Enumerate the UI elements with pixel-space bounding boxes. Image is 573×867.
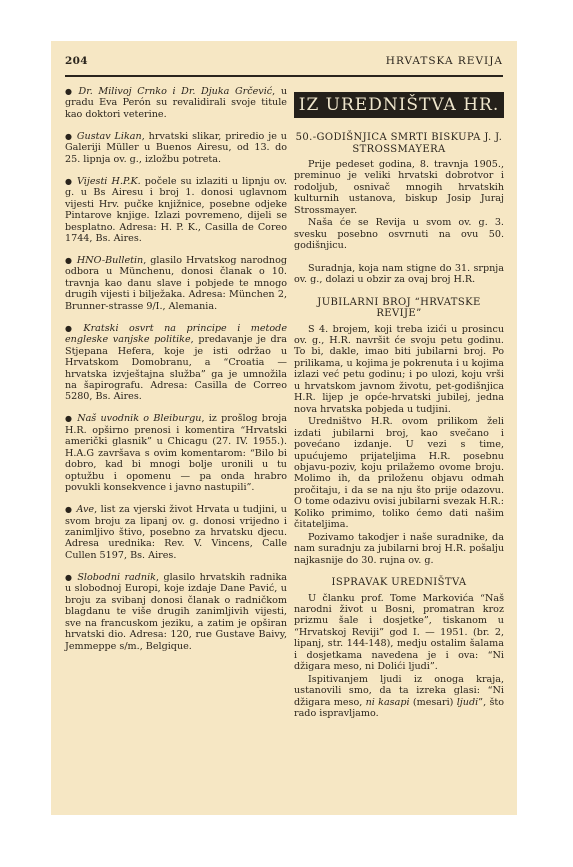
section-banner: IZ UREDNIŠTVA HR. [294,92,504,118]
news-item: ●HNO-Bulletin, glasilo Hrvatskog narodno… [65,255,287,312]
bullet-icon: ● [65,132,73,141]
paragraph: Ispitivanjem ljudi iz onoga kraja, ustan… [294,674,504,720]
magazine-page: 204 HRVATSKA REVIJA ●Dr. Milivoj Crnko i… [51,41,517,815]
bullet-icon: ● [65,256,73,265]
bullet-icon: ● [65,505,72,514]
left-column: ●Dr. Milivoj Crnko i Dr. Djuka Grčević, … [65,86,287,662]
news-item: ●Slobodni radnik, glasilo hrvatskih radn… [65,572,287,652]
paragraph: Suradnja, koja nam stigne do 31. srpnja … [294,263,504,286]
journal-title: HRVATSKA REVIJA [386,55,503,67]
paragraph: U članku prof. Tome Markovića “Naš narod… [294,593,504,673]
news-item: ●Dr. Milivoj Crnko i Dr. Djuka Grčević, … [65,86,287,120]
bullet-icon: ● [65,573,73,582]
news-item: ●Vijesti H.P.K. počele su izlaziti u lip… [65,176,287,245]
news-item: ●Kratski osvrt na principe i metode engl… [65,323,287,403]
bullet-icon: ● [65,414,73,423]
paragraph: Pozivamo takodjer i naše suradnike, da n… [294,532,504,566]
section-title: JUBILARNI BROJ “HRVATSKE REVIJE” [294,297,504,320]
paragraph: Uredništvo H.R. ovom prilikom želi izdat… [294,416,504,531]
news-item: ●Gustav Likan, hrvatski slikar, priredio… [65,131,287,165]
bullet-icon: ● [65,177,73,186]
page-header: 204 HRVATSKA REVIJA [65,55,503,69]
paragraph: S 4. brojem, koji treba izići u prosincu… [294,324,504,416]
header-rule [65,75,503,77]
bullet-icon: ● [65,87,75,96]
news-item: ●Ave, list za vjerski život Hrvata u tud… [65,504,287,561]
paragraph: Prije pedeset godina, 8. travnja 1905., … [294,159,504,216]
news-item: ●Naš uvodnik o Bleiburgu, iz prošlog bro… [65,413,287,493]
bullet-icon: ● [65,324,79,333]
section-title: ISPRAVAK UREDNIŠTVA [294,577,504,589]
page-number: 204 [65,55,88,67]
section-title: 50.-GODIŠNJICA SMRTI BISKUPA J. J. STROS… [294,132,504,155]
paragraph: Naša će se Revija u svom ov. g. 3. svesk… [294,217,504,251]
right-column: IZ UREDNIŠTVA HR. 50.-GODIŠNJICA SMRTI B… [294,86,504,721]
